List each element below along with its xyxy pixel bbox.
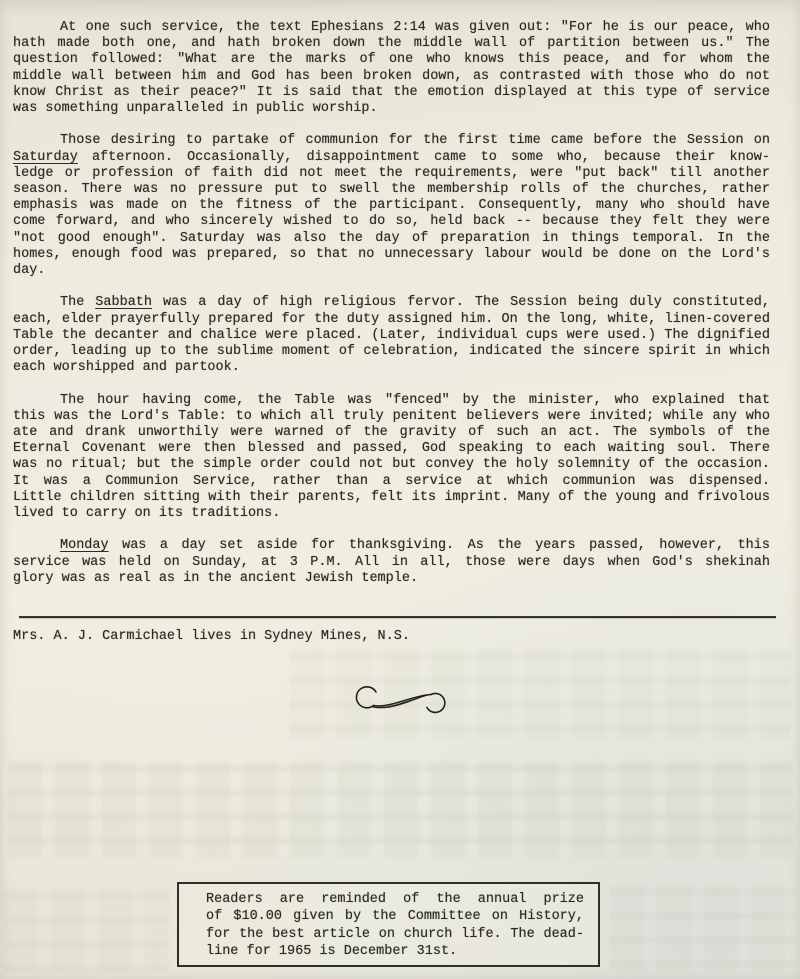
paragraph-fencing-the-table: The hour having come, the Table was "fen… [13,393,770,523]
text-line: question followed: "What are the marks o… [13,52,770,68]
text-line: Saturday afternoon. Occasionally, disapp… [13,150,770,166]
text-line: of $10.00 given by the Committee on Hist… [206,908,584,925]
text-line: emphasis was made on the fitness of the … [13,198,770,214]
prize-notice-box: Readers are reminded of the annual prize… [177,882,600,967]
text-line: was something unparalleled in public wor… [13,101,770,117]
text-line: ledge or profession of faith did not mee… [13,166,770,182]
paragraph-sabbath-fervor: The Sabbath was a day of high religious … [13,295,770,376]
text-line: know Christ as their peace?" It is said … [13,85,770,101]
text-line: At one such service, the text Ephesians … [13,20,770,36]
underlined-word: Monday [60,538,109,553]
text-line: this was the Lord's Table: to which all … [13,409,770,425]
text-line: glory was as real as in the ancient Jewi… [13,571,770,587]
underlined-word: Sabbath [95,295,152,310]
text-line: was no ritual; but the simple order coul… [13,457,770,473]
text-line: Readers are reminded of the annual prize [206,891,584,908]
paragraph-ephesians-service: At one such service, the text Ephesians … [13,20,770,117]
underlined-word: Saturday [13,150,78,165]
text-line: each, elder prayerfully prepared for the… [13,312,770,328]
text-line: Eternal Covenant were then blessed and p… [13,441,770,457]
author-byline: Mrs. A. J. Carmichael lives in Sydney Mi… [13,629,770,645]
text-line: ate and drank unworthily were warned of … [13,425,770,441]
paragraph-monday-thanksgiving: Monday was a day set aside for thanksgiv… [13,538,770,587]
text-line: Table the decanter and chalice were plac… [13,328,770,344]
text-line: order, leading up to the sublime moment … [13,344,770,360]
ink-bleed-through [610,884,795,972]
text-line: line for 1965 is December 31st. [206,943,584,960]
text-line: The Sabbath was a day of high religious … [13,295,770,311]
text-line: Little children sitting with their paren… [13,490,770,506]
text-line: hath made both one, and hath broken down… [13,36,770,52]
text-line: Monday was a day set aside for thanksgiv… [13,538,770,554]
text-line: It was a Communion Service, rather than … [13,474,770,490]
text-line: middle wall between him and God has been… [13,69,770,85]
paragraph-saturday-session: Those desiring to partake of communion f… [13,133,770,279]
text-line: season. There was no pressure put to swe… [13,182,770,198]
ink-bleed-through [4,888,169,972]
text-line: service was held on Sunday, at 3 P.M. Al… [13,555,770,571]
scanned-document-page: At one such service, the text Ephesians … [0,0,800,979]
text-line: day. [13,263,770,279]
text-line: each worshipped and partook. [13,360,770,376]
ink-bleed-through [8,760,792,858]
text-line: homes, enough food was prepared, so that… [13,247,770,263]
body-text: At one such service, the text Ephesians … [13,20,770,719]
text-line: "not good enough". Saturday was also the… [13,231,770,247]
text-line: Those desiring to partake of communion f… [13,133,770,149]
swash-divider-ornament [352,685,450,719]
text-line: The hour having come, the Table was "fen… [13,393,770,409]
text-line: lived to carry on its traditions. [13,506,770,522]
section-divider-rule [19,616,776,618]
text-line: come forward, and who sincerely wished t… [13,214,770,230]
text-line: for the best article on church life. The… [206,926,584,943]
